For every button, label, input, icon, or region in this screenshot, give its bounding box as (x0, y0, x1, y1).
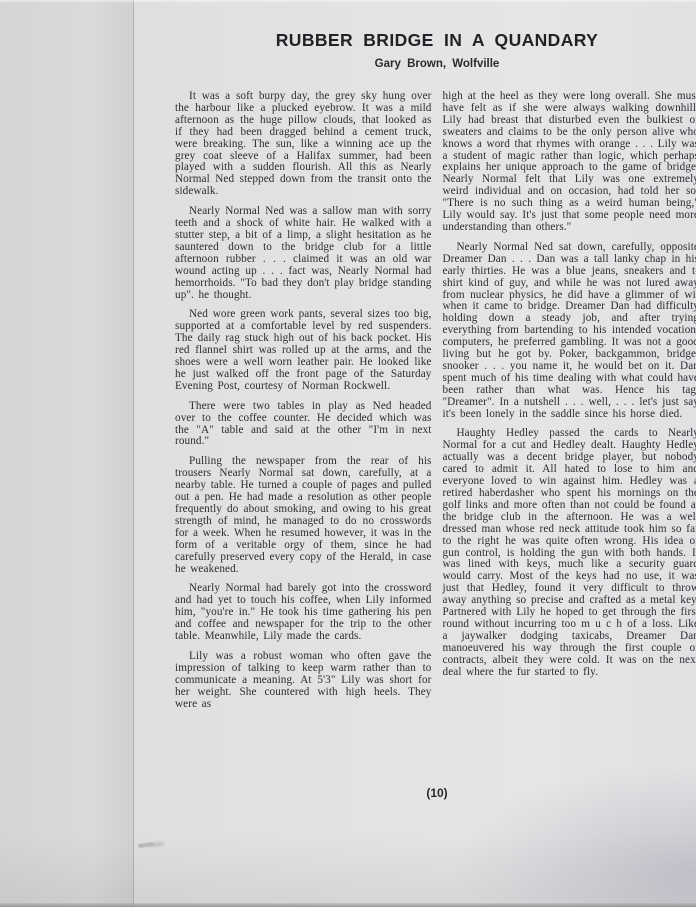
paragraph: Haughty Hedley passed the cards to Nearl… (443, 428, 696, 678)
article-title: RUBBER BRIDGE IN A QUANDARY (175, 30, 696, 51)
paragraph: Nearly Normal had barely got into the cr… (175, 583, 432, 643)
paragraph: Lily was a robust woman who often gave t… (175, 651, 432, 711)
scan-top-edge (0, 0, 696, 3)
paragraph-continuation: high at the heel as they were long overa… (443, 91, 696, 234)
scanned-page: RUBBER BRIDGE IN A QUANDARY Gary Brown, … (0, 0, 696, 907)
text-columns: It was a soft burpy day, the grey sky hu… (175, 91, 696, 719)
scan-left-edge (0, 0, 134, 907)
article-byline: Gary Brown, Wolfville (175, 58, 696, 70)
text-column-left: It was a soft burpy day, the grey sky hu… (175, 91, 432, 719)
scan-smudge-artifact (138, 842, 154, 848)
paragraph: Pulling the newspaper from the rear of h… (175, 456, 432, 575)
paragraph: It was a soft burpy day, the grey sky hu… (175, 91, 432, 198)
paragraph: Nearly Normal Ned sat down, carefully, o… (443, 242, 696, 421)
article: RUBBER BRIDGE IN A QUANDARY Gary Brown, … (175, 30, 696, 719)
scan-bottom-edge (0, 903, 696, 907)
page-number: (10) (175, 786, 696, 800)
paragraph: Nearly Normal Ned was a sallow man with … (175, 206, 432, 301)
text-column-right: high at the heel as they were long overa… (443, 91, 696, 687)
paragraph: There were two tables in play as Ned hea… (175, 401, 432, 449)
paragraph: Ned wore green work pants, several sizes… (175, 309, 432, 392)
